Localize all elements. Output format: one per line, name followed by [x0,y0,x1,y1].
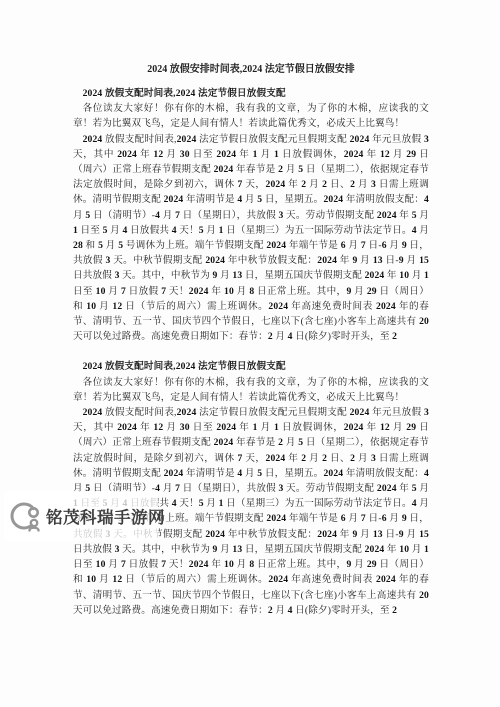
block1-intro-paragraph: 各位读友大家好！你有你的木棉，我有我的文章，为了你的木棉，应读我的文章！若为比翼… [73,101,429,131]
block1-heading: 2024 放假支配时间表,2024 法定节假日放假支配 [73,86,429,101]
text-block-1: 2024 放假支配时间表,2024 法定节假日放假支配 各位读友大家好！你有你的… [73,86,429,344]
block2-intro-paragraph: 各位读友大家好！你有你的木棉，我有我的文章，为了你的木棉，应读我的文章！若为比翼… [73,375,429,405]
document-title: 2024 放假安排时间表,2024 法定节假日放假安排 [73,62,429,77]
block2-heading: 2024 放假支配时间表,2024 法定节假日放假支配 [73,359,429,374]
text-block-2: 2024 放假支配时间表,2024 法定节假日放假支配 各位读友大家好！你有你的… [73,359,429,617]
watermark-site-name: 铭茂科瑞手游网 [46,504,165,528]
document-page: 2024 放假安排时间表,2024 法定节假日放假安排 2024 放假支配时间表… [0,0,500,707]
watermark: 铭茂科瑞手游网 [4,491,158,541]
block1-body-paragraph: 2024 放假支配时间表,2024 法定节假日放假支配元旦假期支配 2024 年… [73,132,429,345]
site-logo-icon [9,499,43,533]
